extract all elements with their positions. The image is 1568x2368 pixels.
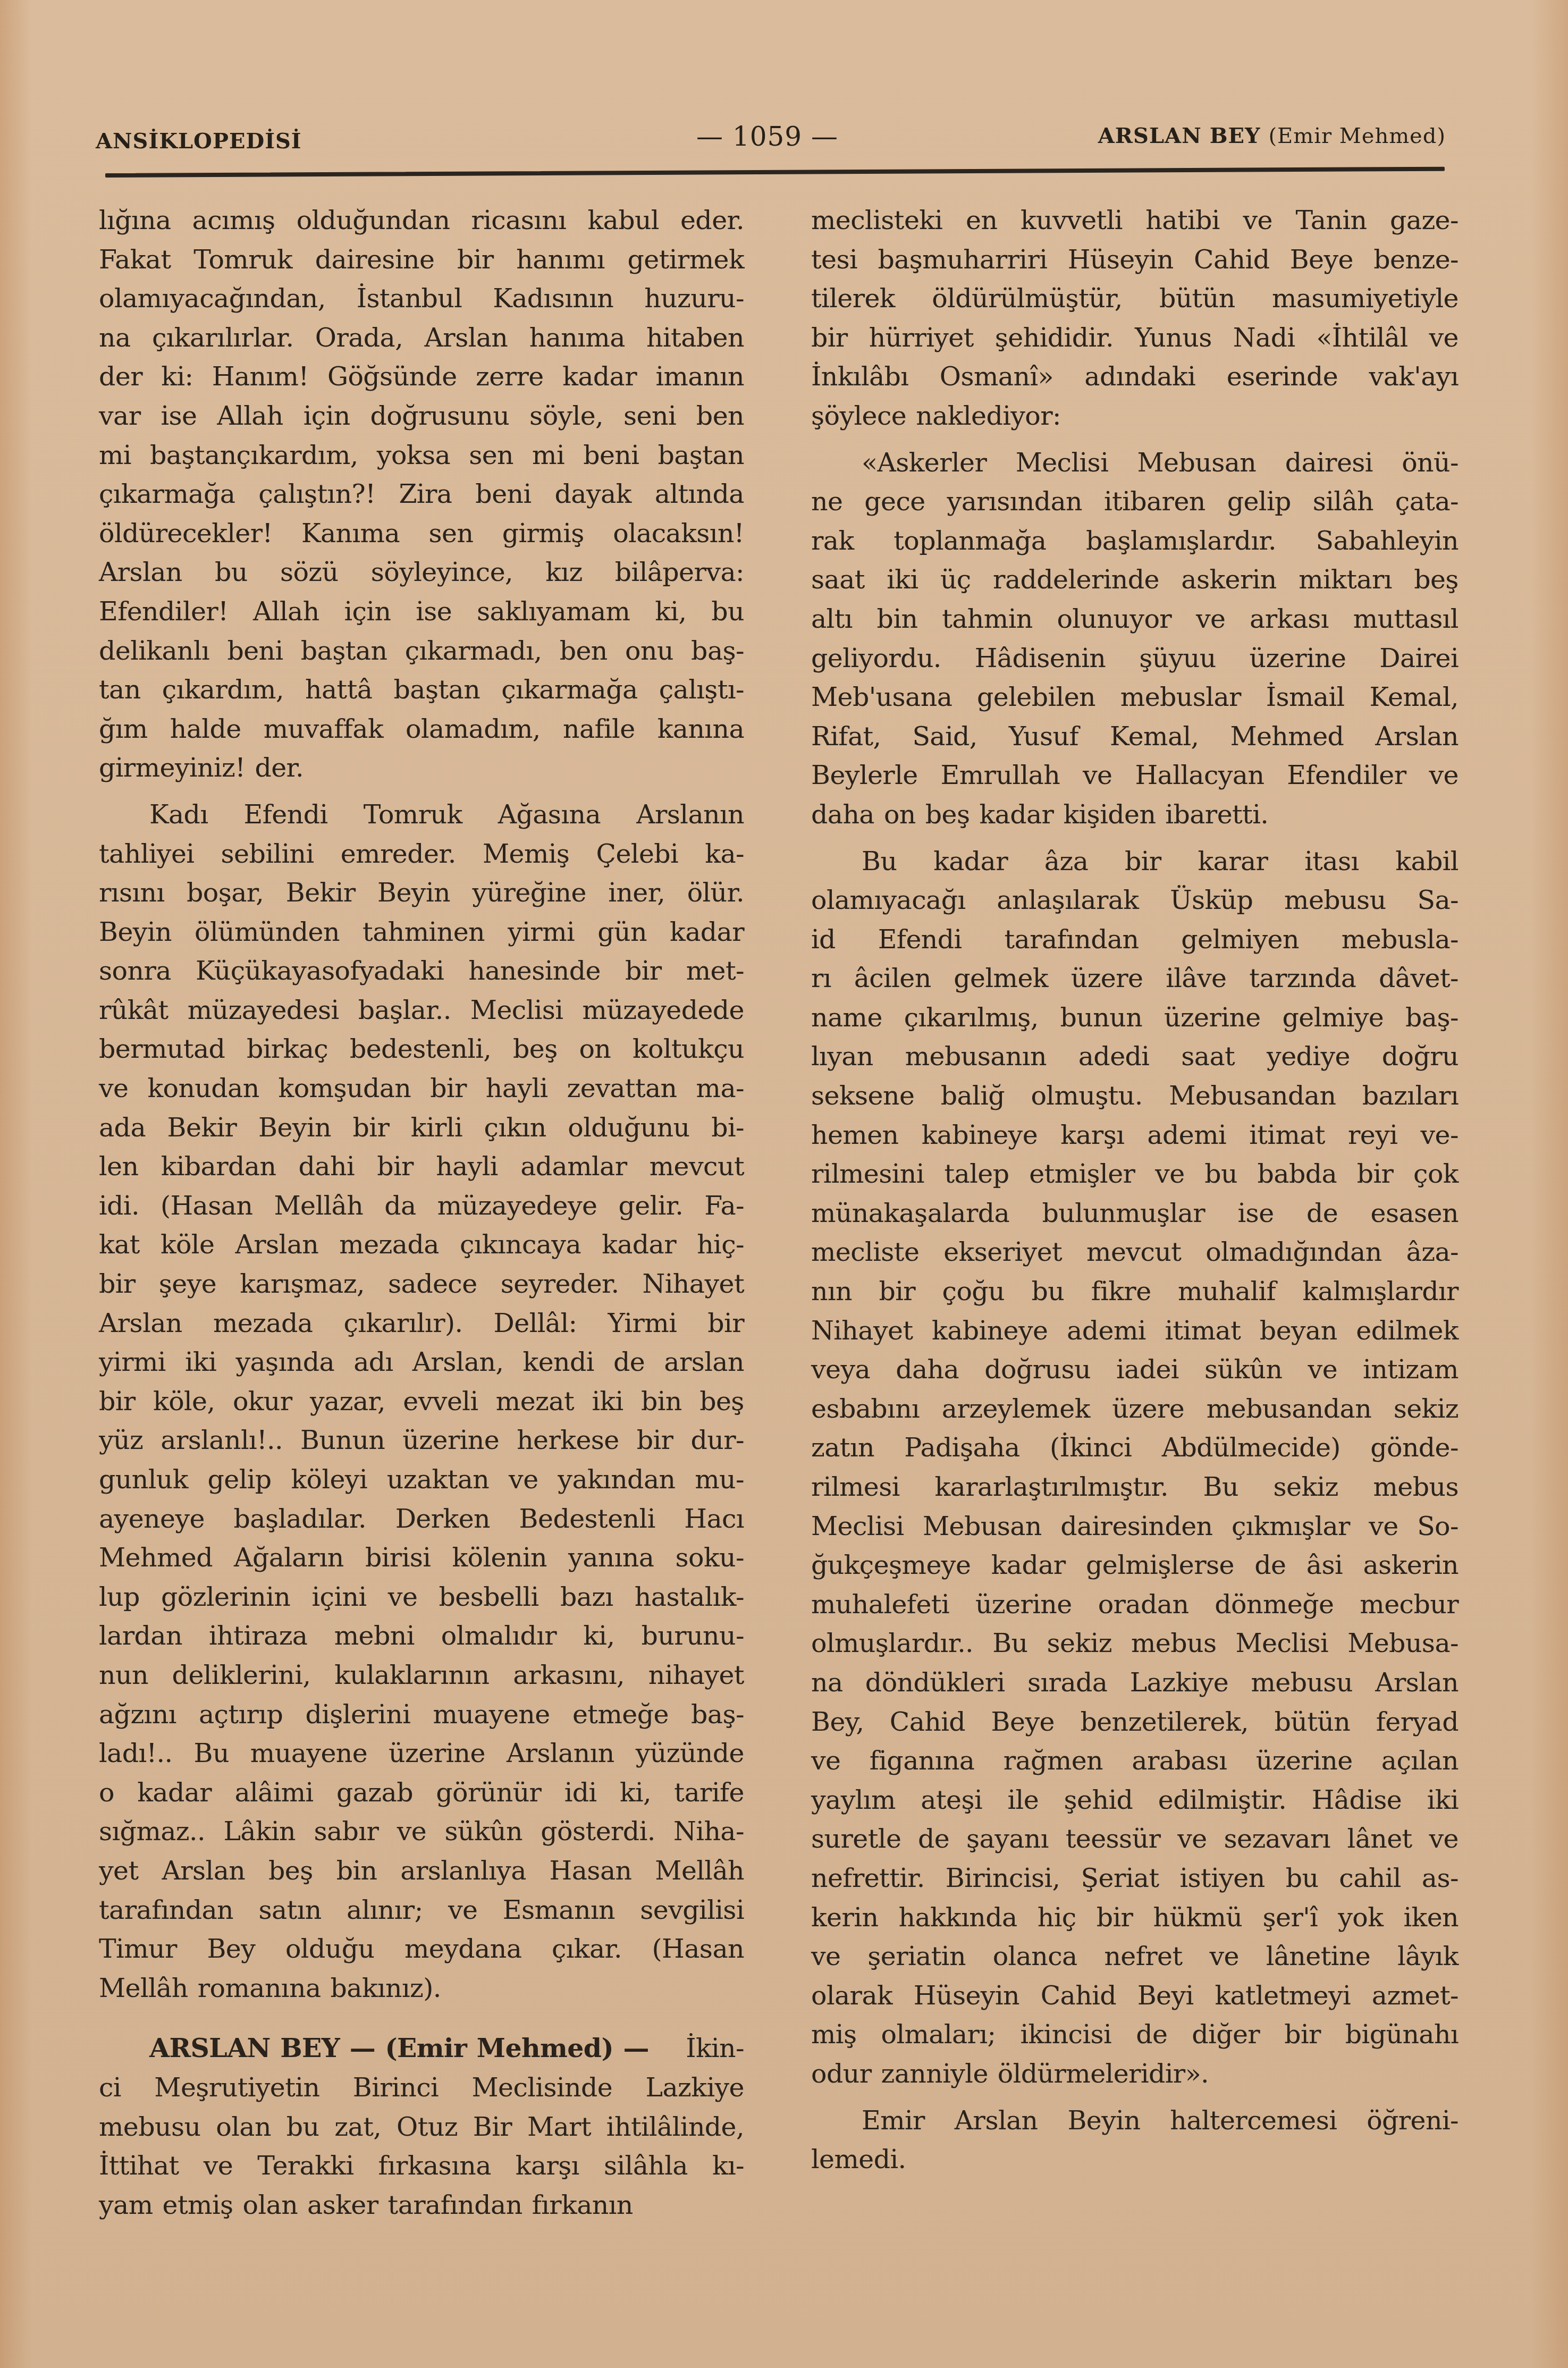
text-line: saatikiüçraddelerindeaskerinmiktarıbeş [811, 560, 1459, 600]
text-line: meclisteekseriyetmevcutolmadığındanâza- [811, 1233, 1459, 1272]
paragraph: meclistekienkuvvetlihatibiveTaningaze-te… [811, 201, 1459, 436]
text-line: idEfenditarafındangelmiyenmebusla- [811, 920, 1459, 959]
left-column: lığınaacımışolduğundanricasınıkabuleder.… [99, 201, 744, 2224]
text-line: Rifat,Said,YusufKemal,MehmedArslan [811, 717, 1459, 756]
text-line: tahliyeisebiliniemreder.MemişÇelebika- [99, 835, 744, 874]
entry-headword: ARSLAN BEY — (Emir Mehmed) — [149, 2029, 649, 2068]
page-number: — 1059 — [696, 121, 838, 152]
text-line: zatınPadişaha(İkinciAbdülmecide)gönde- [811, 1428, 1459, 1468]
text-line: rısınıboşar,BekirBeyinyüreğineiner,ölür. [99, 873, 744, 913]
encyclopedia-page: ANSİKLOPEDİSİ — 1059 — ARSLAN BEY (Emir … [0, 0, 1568, 2368]
header-publication-title: ANSİKLOPEDİSİ [96, 129, 302, 154]
paragraph: Bukadarâzabirkararitasıkabilolamıyacağıa… [811, 842, 1459, 2094]
text-line: ğımhaldemuvaffakolamadım,nafilekanına [99, 710, 744, 749]
text-line: tarafındansatınalınır;veEsmanınsevgilisi [99, 1891, 744, 1930]
text-line: yirmiikiyaşındaadıArslan,kendidearslan [99, 1343, 744, 1382]
text-line: Arslanmezadaçıkarılır).Dellâl:Yirmibir [99, 1304, 744, 1343]
text-line: rûkâtmüzayedesibaşlar..Meclisimüzayedede [99, 991, 744, 1030]
paragraph-gap [811, 835, 1459, 842]
text-line: veyadahadoğrusuiadeisükûnveintizam [811, 1350, 1459, 1389]
paragraph: «AskerlerMeclisiMebusandairesiönü-negece… [811, 443, 1459, 835]
header-rule [105, 167, 1445, 178]
text-line: Nihayetkabineyeademiitimatbeyanedilmek [811, 1311, 1459, 1351]
text-line: variseAllahiçindoğrusunusöyle,seniben [99, 397, 744, 436]
text-line: Efendiler!Allahiçinisesaklıyamamki,bu [99, 592, 744, 631]
text-line: Meb'usanagelebilenmebuslarİsmailKemal, [811, 678, 1459, 717]
text-line: muhalefetiüzerineoradandönmeğemecbur [811, 1585, 1459, 1624]
text-line: ladı!..BumuayeneüzerineArslanınyüzünde [99, 1734, 744, 1773]
text-line: lupgözlerininiçinivebesbellibazıhastalık… [99, 1578, 744, 1617]
text-line: nundeliklerini,kulaklarınınarkasını,niha… [99, 1656, 744, 1695]
text-line: İnkılâbıOsmanî»adındakieserindevak'ayı [811, 357, 1459, 397]
text-line: Beyinölümündentahminenyirmigünkadar [99, 913, 744, 952]
text-line: bermutadbirkaçbedestenli,beşonkoltukçu [99, 1030, 744, 1069]
paragraph: EmirArslanBeyinhaltercemesiöğreni-lemedi… [811, 2101, 1459, 2179]
text-line: MeclisiMebusandairesindençıkmışlarveSo- [811, 1507, 1459, 1546]
text-line: esbabınıarzeylemeküzeremebusandansekiz [811, 1389, 1459, 1429]
text-line: BeylerleEmrullahveHallacyanEfendilerve [811, 756, 1459, 795]
text-line: idi.(HasanMellâhdamüzayedeyegelir.Fa- [99, 1186, 744, 1226]
text-line: TimurBeyolduğumeydanaçıkar.(Hasan [99, 1929, 744, 1969]
text-line: sığmaz..Lâkinsabırvesükûngösterdi.Niha- [99, 1812, 744, 1851]
text-line: KadıEfendiTomrukAğasınaArslanın [99, 795, 744, 835]
text-line: mebusuolanbuzat,OtuzBirMartihtilâlinde, [99, 2108, 744, 2147]
text-line: ayeneyebaşladılar.DerkenBedestenliHacı [99, 1499, 744, 1539]
text-line: girmeyiniz!der. [99, 748, 744, 788]
text-line: nınbirçoğubufikremuhalifkalmışlardır [811, 1272, 1459, 1311]
paragraph: lığınaacımışolduğundanricasınıkabuleder.… [99, 201, 744, 788]
text-line: ciMeşrutiyetinBirinciMeclisindeLazkiye [99, 2068, 744, 2108]
text-line: ARSLAN BEY — (Emir Mehmed) —İkin- [99, 2029, 744, 2068]
text-line: lardanihtirazamebniolmalıdırki,burunu- [99, 1616, 744, 1656]
text-line: naçıkarılırlar.Orada,Arslanhanımahitaben [99, 318, 744, 358]
text-line: Arslanbusözüsöyleyince,kızbilâperva: [99, 553, 744, 592]
text-line: FakatTomrukdairesinebirhanımıgetirmek [99, 240, 744, 280]
text-line: olarakHüseyinCahidBeyikatletmeyiazmet- [811, 1976, 1459, 2016]
text-line: olamıyacağıanlaşılarakÜsküpmebusuSa- [811, 881, 1459, 920]
text-line: dahaonbeşkadarkişidenibaretti. [811, 795, 1459, 835]
text-line: vekonudankomşudanbirhaylizevattanma- [99, 1069, 744, 1108]
text-line: tesibaşmuharririHüseyinCahidBeyebenze- [811, 240, 1459, 280]
text-line: ağzınıaçtırıpdişlerinimuayeneetmeğebaş- [99, 1695, 744, 1734]
text-line: nadöndüklerisıradaLazkiyemebusuArslan [811, 1663, 1459, 1703]
text-line: nefrettir.Birincisi,Şeriatistiyenbucahil… [811, 1859, 1459, 1898]
text-line: MehmedAğalarınbirisiköleninyanınasoku- [99, 1538, 744, 1578]
text-line: delikanlıbenibaştançıkarmadı,benonubaş- [99, 631, 744, 671]
text-line: gunlukgelipköleyiuzaktanveyakındanmu- [99, 1460, 744, 1499]
text-line: meclistekienkuvvetlihatibiveTaningaze- [811, 201, 1459, 240]
paragraph-gap [99, 2008, 744, 2029]
paragraph: KadıEfendiTomrukAğasınaArslanıntahliyeis… [99, 795, 744, 2008]
text-line: İttihatveTerakkifırkasınakarşısilâhlakı- [99, 2146, 744, 2186]
text-line: rilmesinitalepetmişlervebubabdabirçok [811, 1154, 1459, 1194]
text-line: birşeyekarışmaz,sadeceseyreder.Nihayet [99, 1265, 744, 1304]
text-line: yaylımateşiileşehidedilmiştir.Hâdiseiki [811, 1781, 1459, 1820]
text-line: öldürecekler!Kanımasengirmişolacaksın! [99, 514, 744, 553]
text-line: nameçıkarılmış,bununüzerinegelmiyebaş- [811, 998, 1459, 1038]
text-line: vefiganınarağmenarabasıüzerineaçılan [811, 1741, 1459, 1781]
text-line: seksenebaliğolmuştu.Mebusandanbazıları [811, 1076, 1459, 1116]
text-line: birhürriyetşehididir.YunusNadi«İhtilâlve [811, 318, 1459, 358]
text-line: rilmesikararlaştırılmıştır.Busekizmebus [811, 1468, 1459, 1507]
text-line: «AskerlerMeclisiMebusandairesiönü- [811, 443, 1459, 483]
text-line: lığınaacımışolduğundanricasınıkabuleder. [99, 201, 744, 240]
text-line: hemenkabineyekarşıademiitimatreyive- [811, 1116, 1459, 1155]
header-entry-name: ARSLAN BEY [1098, 123, 1261, 148]
text-line: mişolmaları;ikincisidediğerbirbigünahı [811, 2015, 1459, 2054]
text-line: yüzarslanlı!..Bununüzerineherkesebirdur- [99, 1421, 744, 1460]
text-line: Bukadarâzabirkararitasıkabil [811, 842, 1459, 881]
text-line: mibaştançıkardım,yoksasenmibenibaştan [99, 436, 744, 475]
text-line: rıâcilengelmeküzereilâvetarzındadâvet- [811, 959, 1459, 998]
text-line: Mellâhromanınabakınız). [99, 1969, 744, 2008]
text-line: münakaşalardabulunmuşlarisedeesasen [811, 1194, 1459, 1233]
text-line: ğukçeşmeyekadargelmişlersedeâsiaskerin [811, 1546, 1459, 1585]
encyclopedia-entry-paragraph: ARSLAN BEY — (Emir Mehmed) —İkin-ciMeşru… [99, 2029, 744, 2224]
text-line: geliyordu.HâdiseninşüyuuüzerineDairei [811, 639, 1459, 678]
text-line: altıbintahminolunuyorvearkasımuttasıl [811, 600, 1459, 639]
text-line: tançıkardım,hattâbaştançıkarmağaçalıştı- [99, 670, 744, 710]
text-line: birköle,okuryazar,evvelimezatikibinbeş [99, 1382, 744, 1421]
text-line: çıkarmağaçalıştın?!Zirabenidayakaltında [99, 475, 744, 514]
text-line: adaBekirBeyinbirkirliçıkınolduğunubi- [99, 1108, 744, 1148]
text-line: şöylecenaklediyor: [811, 397, 1459, 436]
header-entry-subtitle: (Emir Mehmed) [1268, 124, 1446, 148]
text-line: Bey,CahidBeyebenzetilerek,bütünferyad [811, 1703, 1459, 1742]
paragraph-gap [811, 436, 1459, 443]
text-line: EmirArslanBeyinhaltercemesiöğreni- [811, 2101, 1459, 2141]
text-line: negeceyarısındanitibarengelipsilâhçata- [811, 482, 1459, 521]
text-line: olamıyacağından,İstanbulKadısınınhuzuru- [99, 279, 744, 318]
paragraph-gap [811, 2094, 1459, 2101]
paragraph-gap [99, 788, 744, 795]
text-line: lenkibardandahibirhayliadamlarmevcut [99, 1147, 744, 1186]
text-line: katköleArslanmezadaçıkıncayakadarhiç- [99, 1225, 744, 1265]
text-line: kerinhakkındahiçbirhükmüşer'îyokiken [811, 1898, 1459, 1937]
text-line: lemedi. [811, 2140, 1459, 2179]
text-line: olmuşlardır..BusekizmebusMeclisiMebusa- [811, 1624, 1459, 1663]
text-line: okadaralâimigazabgörünüridiki,tarife [99, 1773, 744, 1813]
text-line: sonraKüçükayasofyadakihanesindebirmet- [99, 951, 744, 991]
text-line: raktoplanmağabaşlamışlardır.Sabahleyin [811, 521, 1459, 561]
text-line: yametmişolanaskertarafındanfırkanın [99, 2186, 744, 2225]
running-header: ANSİKLOPEDİSİ — 1059 — ARSLAN BEY (Emir … [96, 121, 1446, 153]
text-line: tilereköldürülmüştür,bütünmasumiyetiyle [811, 279, 1459, 318]
header-entry-title: ARSLAN BEY (Emir Mehmed) [1098, 123, 1446, 148]
text-line: odurzanniyleöldürmeleridir». [811, 2054, 1459, 2094]
text-line: lıyanmebusanınadedisaatyediyedoğru [811, 1037, 1459, 1076]
right-column: meclistekienkuvvetlihatibiveTaningaze-te… [811, 201, 1459, 2179]
text-line: suretledeşayanıteessürvesezavarılânetve [811, 1819, 1459, 1859]
text-line: veşeriatinolancanefretvelânetinelâyık [811, 1937, 1459, 1976]
text-line: derki:Hanım!Göğsündezerrekadarimanın [99, 357, 744, 397]
text-line: yetArslanbeşbinarslanlıyaHasanMellâh [99, 1851, 744, 1891]
